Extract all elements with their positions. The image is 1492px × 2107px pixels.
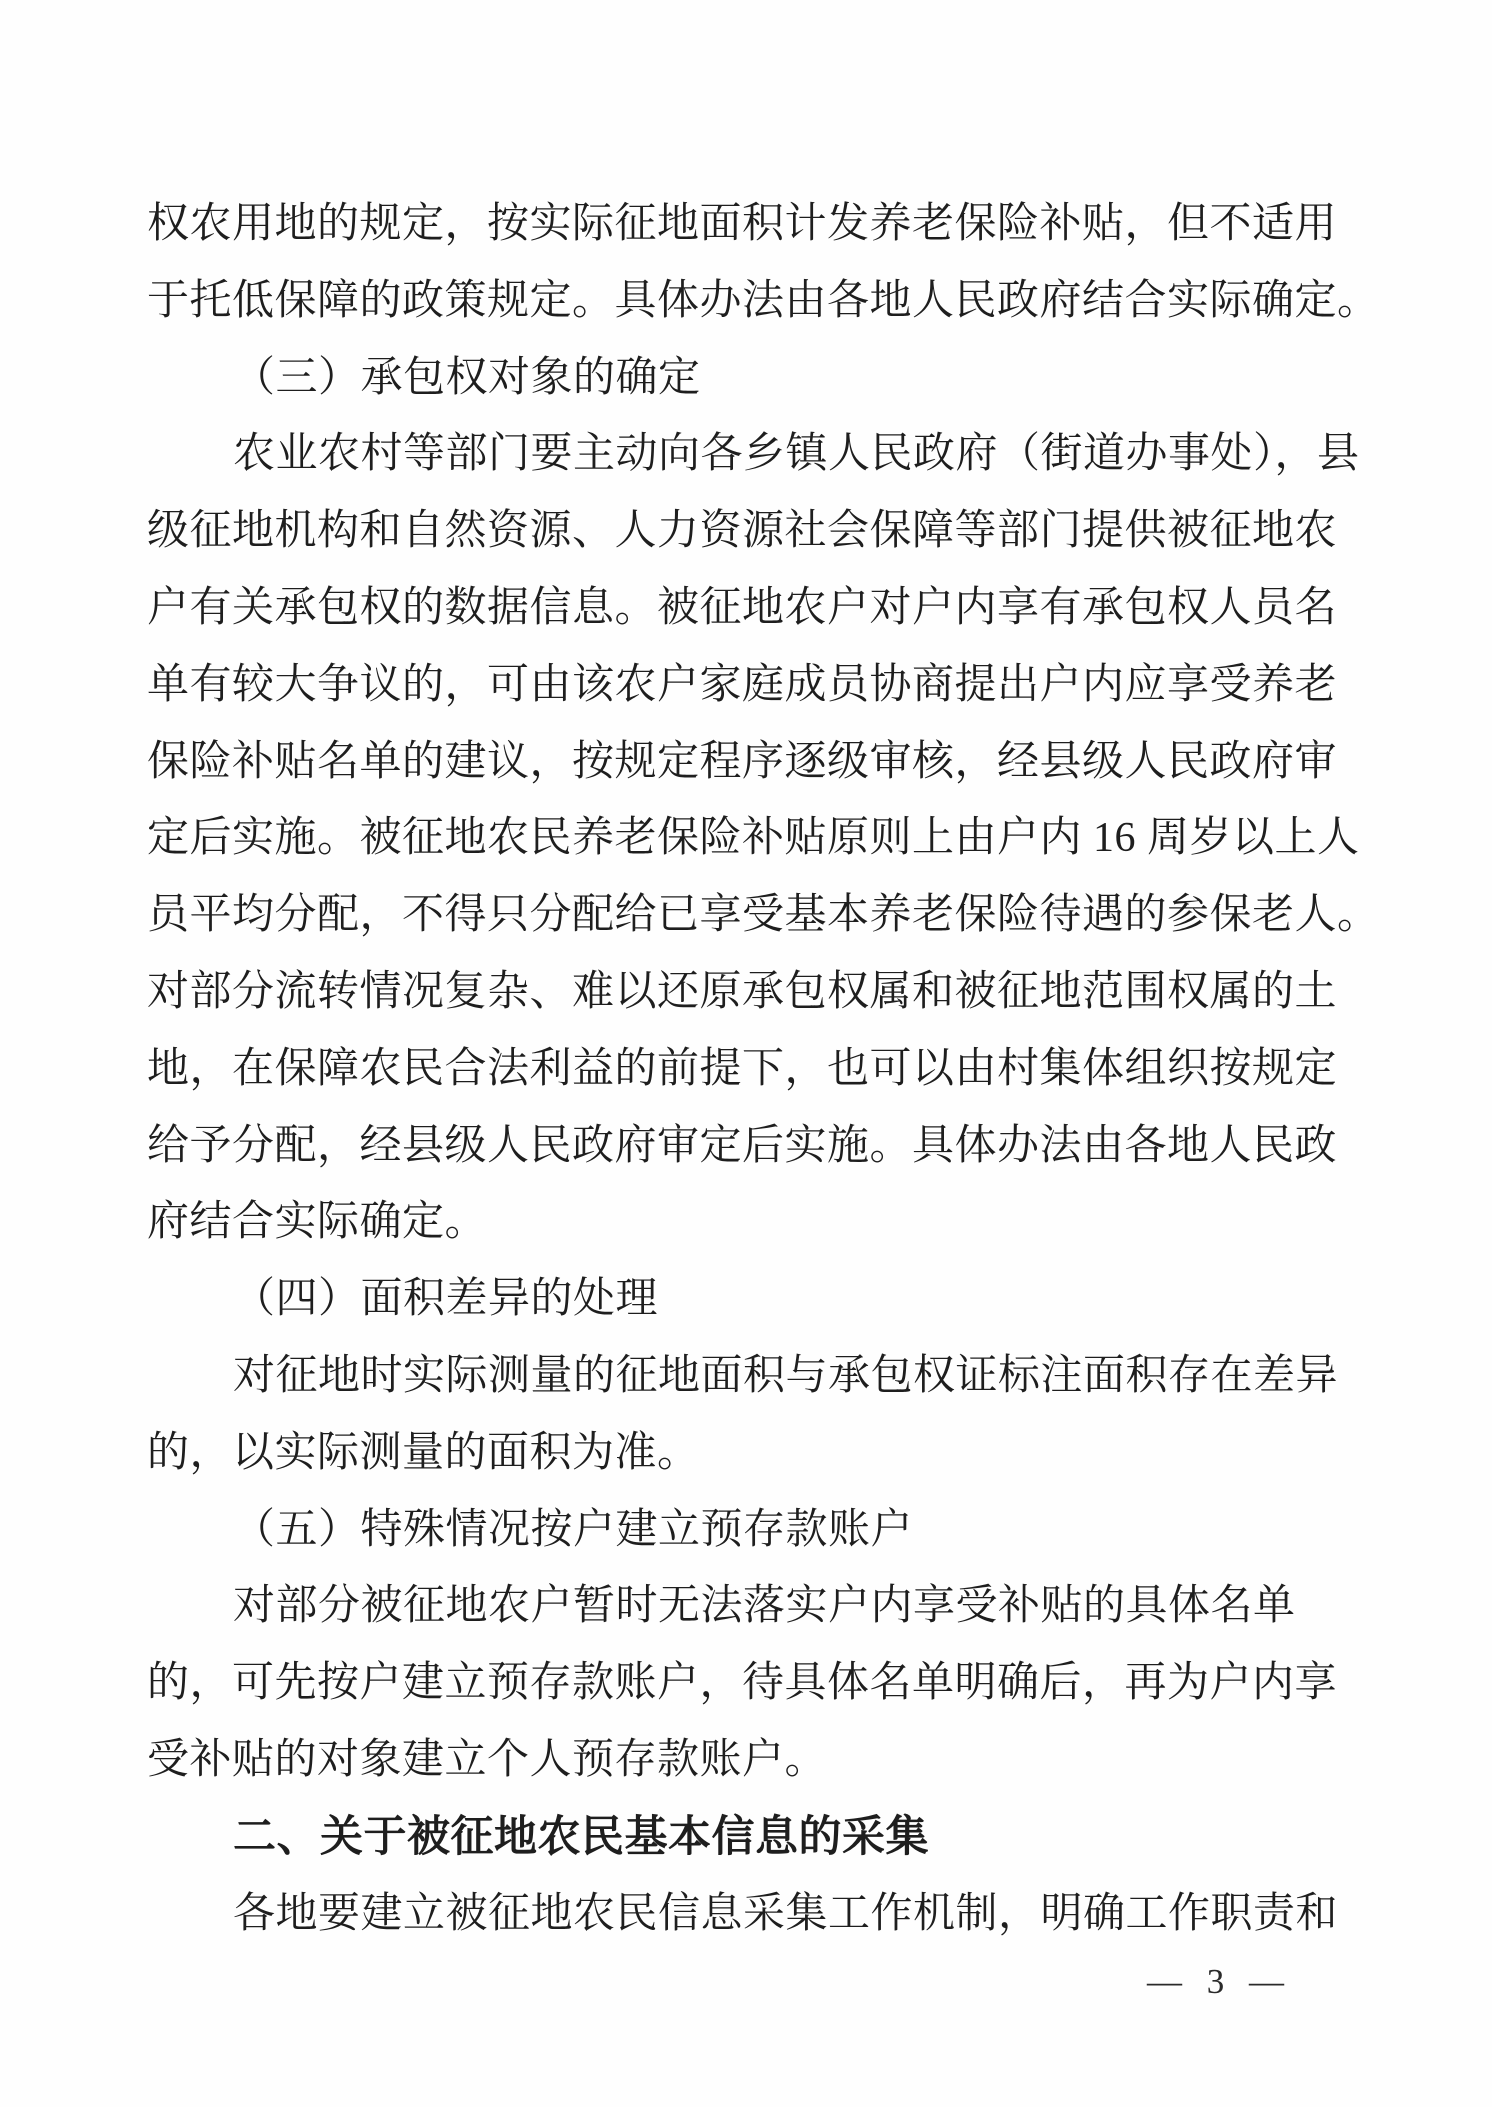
text-line: 对部分被征地农户暂时无法落实户内享受补贴的具体名单 (147, 1568, 1351, 1645)
text-line: 单有较大争议的，可由该农户家庭成员协商提出户内应享受养老 (147, 647, 1351, 724)
section-heading-five: （五）特殊情况按户建立预存款账户 (147, 1492, 1351, 1569)
page-number: — 3 — (1147, 1962, 1292, 2002)
text-line: 权农用地的规定，按实际征地面积计发养老保险补贴，但不适用 (147, 186, 1351, 263)
text-line: 农业农村等部门要主动向各乡镇人民政府（街道办事处），县 (147, 416, 1351, 493)
text-line: 员平均分配，不得只分配给已享受基本养老保险待遇的参保老人。 (147, 877, 1351, 954)
text-line: 地，在保障农民合法利益的前提下，也可以由村集体组织按规定 (147, 1031, 1351, 1108)
text-line: 府结合实际确定。 (147, 1184, 1351, 1261)
text-line: 给予分配，经县级人民政府审定后实施。具体办法由各地人民政 (147, 1108, 1351, 1185)
text-line: 对征地时实际测量的征地面积与承包权证标注面积存在差异 (147, 1338, 1351, 1415)
text-line: 对部分流转情况复杂、难以还原承包权属和被征地范围权属的土 (147, 954, 1351, 1031)
text-line: 的，以实际测量的面积为准。 (147, 1415, 1351, 1492)
text-line: 级征地机构和自然资源、人力资源社会保障等部门提供被征地农 (147, 493, 1351, 570)
text-line: 户有关承包权的数据信息。被征地农户对户内享有承包权人员名 (147, 570, 1351, 647)
text-line: 各地要建立被征地农民信息采集工作机制，明确工作职责和 (147, 1876, 1351, 1953)
document-body: 权农用地的规定，按实际征地面积计发养老保险补贴，但不适用 于托低保障的政策规定。… (147, 186, 1351, 1952)
text-line: 的，可先按户建立预存款账户，待具体名单明确后，再为户内享 (147, 1645, 1351, 1722)
section-heading-three: （三）承包权对象的确定 (147, 340, 1351, 417)
document-page: 权农用地的规定，按实际征地面积计发养老保险补贴，但不适用 于托低保障的政策规定。… (0, 0, 1492, 2107)
text-line: 保险补贴名单的建议，按规定程序逐级审核，经县级人民政府审 (147, 724, 1351, 801)
text-line: 受补贴的对象建立个人预存款账户。 (147, 1722, 1351, 1799)
section-heading-two-main: 二、关于被征地农民基本信息的采集 (147, 1799, 1351, 1876)
text-line: 于托低保障的政策规定。具体办法由各地人民政府结合实际确定。 (147, 263, 1351, 340)
text-line: 定后实施。被征地农民养老保险补贴原则上由户内 16 周岁以上人 (147, 800, 1351, 877)
section-heading-four: （四）面积差异的处理 (147, 1261, 1351, 1338)
